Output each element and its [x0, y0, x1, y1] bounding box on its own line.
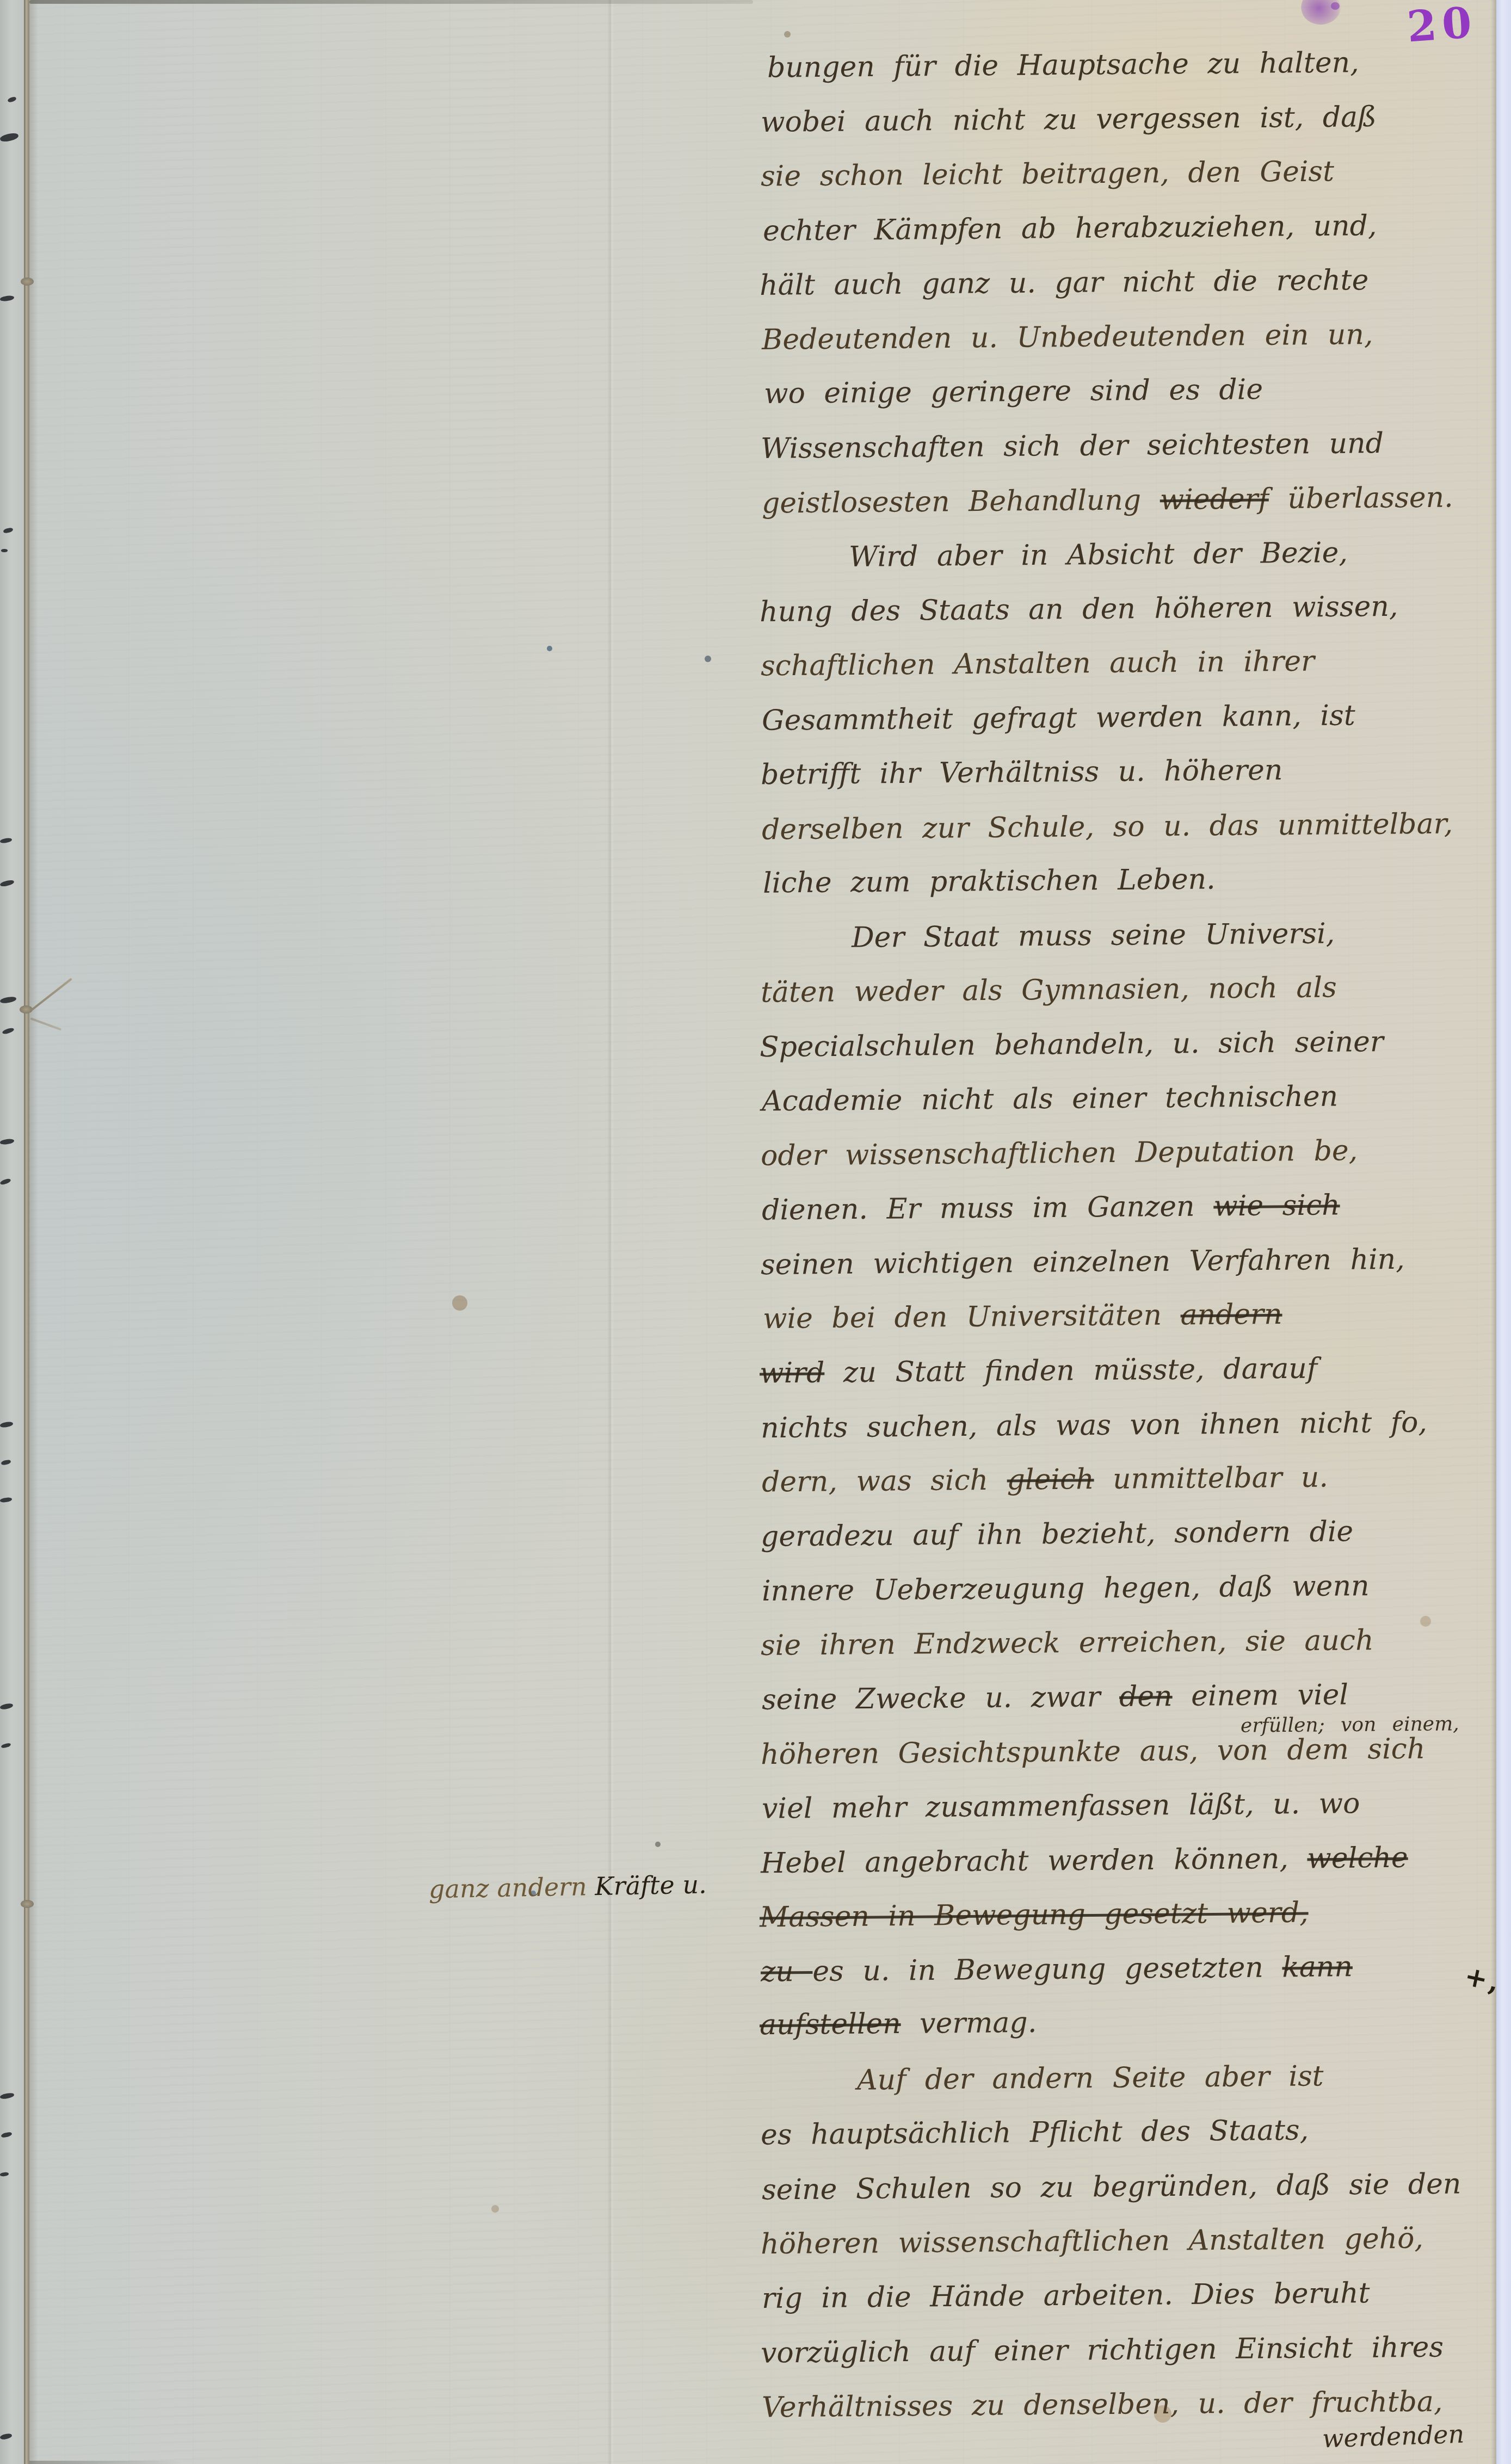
manuscript-scan: 20 bungen für die Hauptsache zu halten,w…	[0, 0, 1511, 2464]
handwriting-line: dienen. Er muss im Ganzen wie sich	[762, 1178, 1340, 1237]
purple-stamp-dot	[1331, 2, 1340, 10]
handwriting-line: dern, was sich gleich unmittelbar u.	[762, 1450, 1329, 1509]
handwriting-line: Bedeutenden u. Unbedeutenden ein un,	[762, 307, 1373, 367]
top-edge-shadow	[29, 0, 753, 4]
handwriting-line: hält auch ganz u. gar nicht die rechte	[760, 253, 1369, 313]
struck-text-segment: wie sich	[1213, 1189, 1340, 1222]
handwriting-line: hung des Staats an den höheren wissen,	[760, 579, 1398, 639]
text-segment: oder wissenschaftlichen Deputation be,	[761, 1134, 1358, 1172]
handwriting-line: höheren wissenschaftlichen Anstalten geh…	[761, 2212, 1424, 2272]
handwriting-line: nichts suchen, als was von ihnen nicht f…	[761, 1395, 1428, 1456]
text-segment: wie bei den Universitäten	[763, 1299, 1181, 1335]
thread-knot	[21, 277, 34, 286]
text-segment: seine Schulen so zu begründen, daß sie d…	[762, 2167, 1461, 2206]
text-segment: hält auch ganz u. gar nicht die rechte	[760, 264, 1369, 302]
handwriting-line: sie ihren Endzweck erreichen, sie auch	[761, 1613, 1374, 1673]
handwriting-line: bungen für die Hauptsache zu halten,	[767, 35, 1359, 95]
struck-text-segment: welche	[1307, 1842, 1408, 1875]
text-segment: geradezu auf ihn bezieht, sondern die	[761, 1515, 1354, 1553]
text-segment: Gesammtheit gefragt werden kann, ist	[762, 699, 1355, 737]
text-segment: Auf der andern Seite aber ist	[857, 2060, 1324, 2096]
text-segment: einem viel	[1172, 1678, 1348, 1713]
text-segment: Bedeutenden u. Unbedeutenden ein un,	[762, 318, 1373, 356]
handwriting-line: wird zu Statt finden müsste, darauf	[760, 1342, 1318, 1401]
struck-text-segment: wird	[760, 1356, 825, 1390]
page-number: 20	[1405, 0, 1479, 52]
text-segment: liche zum praktischen Leben.	[763, 863, 1216, 899]
text-segment: innere Ueberzeugung hegen, daß wenn	[762, 1570, 1370, 1608]
text-segment: höheren Gesichtspunkte aus, von dem sich	[761, 1733, 1426, 1771]
text-segment: Wissenschaften sich der seichtesten und	[761, 427, 1384, 465]
paper-stain	[784, 31, 791, 38]
text-segment: es u. in Bewegung gesetzten	[812, 1951, 1282, 1988]
text-segment: schaftlichen Anstalten auch in ihrer	[761, 645, 1315, 683]
handwriting-line: echter Kämpfen ab herabzuziehen, und,	[763, 199, 1377, 258]
marginal-note-light-part: ganz andern	[429, 1872, 595, 1904]
text-segment: Hebel angebracht werden können,	[761, 1842, 1308, 1880]
struck-text-segment: zu	[761, 1955, 813, 1989]
text-segment: nichts suchen, als was von ihnen nicht f…	[761, 1406, 1427, 1445]
paper-crease	[607, 0, 615, 2464]
text-segment: seinen wichtigen einzelnen Verfahren hin…	[761, 1243, 1405, 1281]
handwriting-line: höheren Gesichtspunkte aus, von dem sich	[761, 1722, 1426, 1782]
handwriting-line: Massen in Bewegung gesetzt werd,	[760, 1886, 1309, 1945]
text-segment: seine Zwecke u. zwar	[762, 1681, 1120, 1716]
text-segment: viel mehr zusammenfassen läßt, u. wo	[762, 1787, 1360, 1825]
handwriting-line: seine Schulen so zu begründen, daß sie d…	[762, 2157, 1461, 2217]
struck-text-segment: andern	[1180, 1298, 1282, 1332]
handwriting-line: Auf der andern Seite aber ist	[857, 2049, 1324, 2107]
handwriting-line: wobei auch nicht zu vergessen ist, daß	[761, 90, 1377, 150]
text-segment: betrifft ihr Verhältniss u. höheren	[761, 754, 1283, 791]
paper-stain	[547, 646, 552, 651]
handwriting-line: geradezu auf ihn bezieht, sondern die	[761, 1504, 1354, 1564]
text-segment: Specialschulen behandeln, u. sich seiner	[760, 1026, 1384, 1064]
handwriting-line: seinen wichtigen einzelnen Verfahren hin…	[761, 1232, 1405, 1292]
handwriting-line: wo einige geringere sind es die	[764, 362, 1263, 421]
handwriting-line: Wissenschaften sich der seichtesten und	[761, 416, 1384, 476]
paper-stain	[491, 2205, 499, 2213]
text-segment: Der Staat muss seine Universi,	[852, 917, 1335, 954]
text-segment: unmittelbar u.	[1094, 1461, 1328, 1496]
handwriting-line: derselben zur Schule, so u. das unmittel…	[762, 796, 1453, 857]
text-segment: sie ihren Endzweck erreichen, sie auch	[761, 1624, 1374, 1662]
binding-thread-shadow	[29, 0, 38, 2464]
bottom-edge-shadow	[29, 2461, 182, 2464]
handwriting-line: es hauptsächlich Pflicht des Staats,	[761, 2103, 1309, 2163]
text-segment: echter Kämpfen ab herabzuziehen, und,	[763, 209, 1377, 248]
marginal-note: ganz andern Kräfte u.	[428, 1857, 707, 1917]
marginal-note-dark-part: Kräfte u.	[595, 1870, 707, 1901]
struck-text-segment: den	[1119, 1680, 1173, 1713]
text-segment: dienen. Er muss im Ganzen	[762, 1190, 1214, 1226]
handwriting-line: geistlosesten Behandlung wiederf überlas…	[762, 470, 1453, 530]
text-segment: Wird aber in Absicht der Bezie,	[849, 536, 1348, 573]
handwriting-line: innere Ueberzeugung hegen, daß wenn	[762, 1559, 1370, 1619]
text-segment: wo einige geringere sind es die	[764, 373, 1263, 410]
handwriting-line: Specialschulen behandeln, u. sich seiner	[760, 1015, 1384, 1074]
text-segment: derselben zur Schule, so u. das unmittel…	[762, 807, 1453, 846]
text-segment: Academie nicht als einer technischen	[762, 1080, 1338, 1117]
text-segment: vermag.	[901, 2006, 1037, 2040]
struck-text-segment: wiederf	[1160, 483, 1269, 516]
text-segment: zu Statt finden müsste, darauf	[824, 1353, 1317, 1390]
text-segment: dern, was sich	[762, 1464, 1007, 1499]
handwriting-line: schaftlichen Anstalten auch in ihrer	[761, 634, 1315, 694]
handwriting-line: liche zum praktischen Leben.	[763, 852, 1216, 910]
paper-stain	[655, 1842, 661, 1847]
text-segment: vorzüglich auf einer richtigen Einsicht …	[761, 2331, 1444, 2370]
catchword: werdenden	[1322, 2412, 1465, 2460]
handwriting-line: Hebel angebracht werden können, welche	[761, 1831, 1409, 1891]
paper-stain	[705, 656, 711, 662]
struck-text-segment: aufstellen	[760, 2008, 901, 2041]
text-segment: bungen für die Hauptsache zu halten,	[767, 46, 1359, 84]
text-segment: überlassen.	[1269, 481, 1453, 515]
text-segment: es hauptsächlich Pflicht des Staats,	[761, 2114, 1309, 2152]
handwriting-line: täten weder als Gymnasien, noch als	[761, 960, 1337, 1020]
text-segment: täten weder als Gymnasien, noch als	[761, 971, 1337, 1009]
scanner-background-strip	[1496, 0, 1511, 2464]
ink-bleed-mark	[1, 549, 8, 552]
handwriting-line: Der Staat muss seine Universi,	[852, 906, 1335, 965]
handwriting-line: oder wissenschaftlichen Deputation be,	[761, 1123, 1358, 1183]
handwriting-line: Academie nicht als einer technischen	[762, 1069, 1339, 1128]
text-segment: rig in die Hände arbeiten. Dies beruht	[762, 2277, 1370, 2315]
thread-knot	[21, 1900, 34, 1908]
text-segment: wobei auch nicht zu vergessen ist, daß	[761, 101, 1377, 139]
struck-text-segment: gleich	[1007, 1463, 1094, 1496]
text-segment: höheren wissenschaftlichen Anstalten geh…	[761, 2222, 1423, 2261]
struck-text-segment: Massen in Bewegung gesetzt werd,	[760, 1897, 1309, 1934]
text-segment: sie schon leicht beitragen, den Geist	[761, 155, 1334, 193]
handwriting-line: wie bei den Universitäten andern	[763, 1287, 1282, 1346]
paper-stain	[452, 1295, 467, 1311]
text-segment: geistlosesten Behandlung	[762, 484, 1160, 520]
handwriting-line: betrifft ihr Verhältniss u. höheren	[761, 743, 1283, 802]
handwriting-line: Gesammtheit gefragt werden kann, ist	[762, 688, 1356, 748]
handwriting-line: vorzüglich auf einer richtigen Einsicht …	[761, 2320, 1444, 2381]
handwriting-line: Wird aber in Absicht der Bezie,	[849, 526, 1348, 584]
handwriting-line: viel mehr zusammenfassen läßt, u. wo	[762, 1776, 1360, 1836]
struck-text-segment: kann	[1282, 1950, 1353, 1984]
handwriting-line: sie schon leicht beitragen, den Geist	[761, 144, 1335, 203]
text-segment: hung des Staats an den höheren wissen,	[760, 590, 1398, 628]
binding-thread	[24, 0, 29, 2464]
paper-stain	[1420, 1616, 1431, 1627]
handwriting-line: aufstellen vermag.	[760, 1996, 1037, 2052]
handwriting-line: rig in die Hände arbeiten. Dies beruht	[762, 2266, 1370, 2326]
handwriting-line: zu es u. in Bewegung gesetzten kann	[761, 1940, 1353, 1999]
